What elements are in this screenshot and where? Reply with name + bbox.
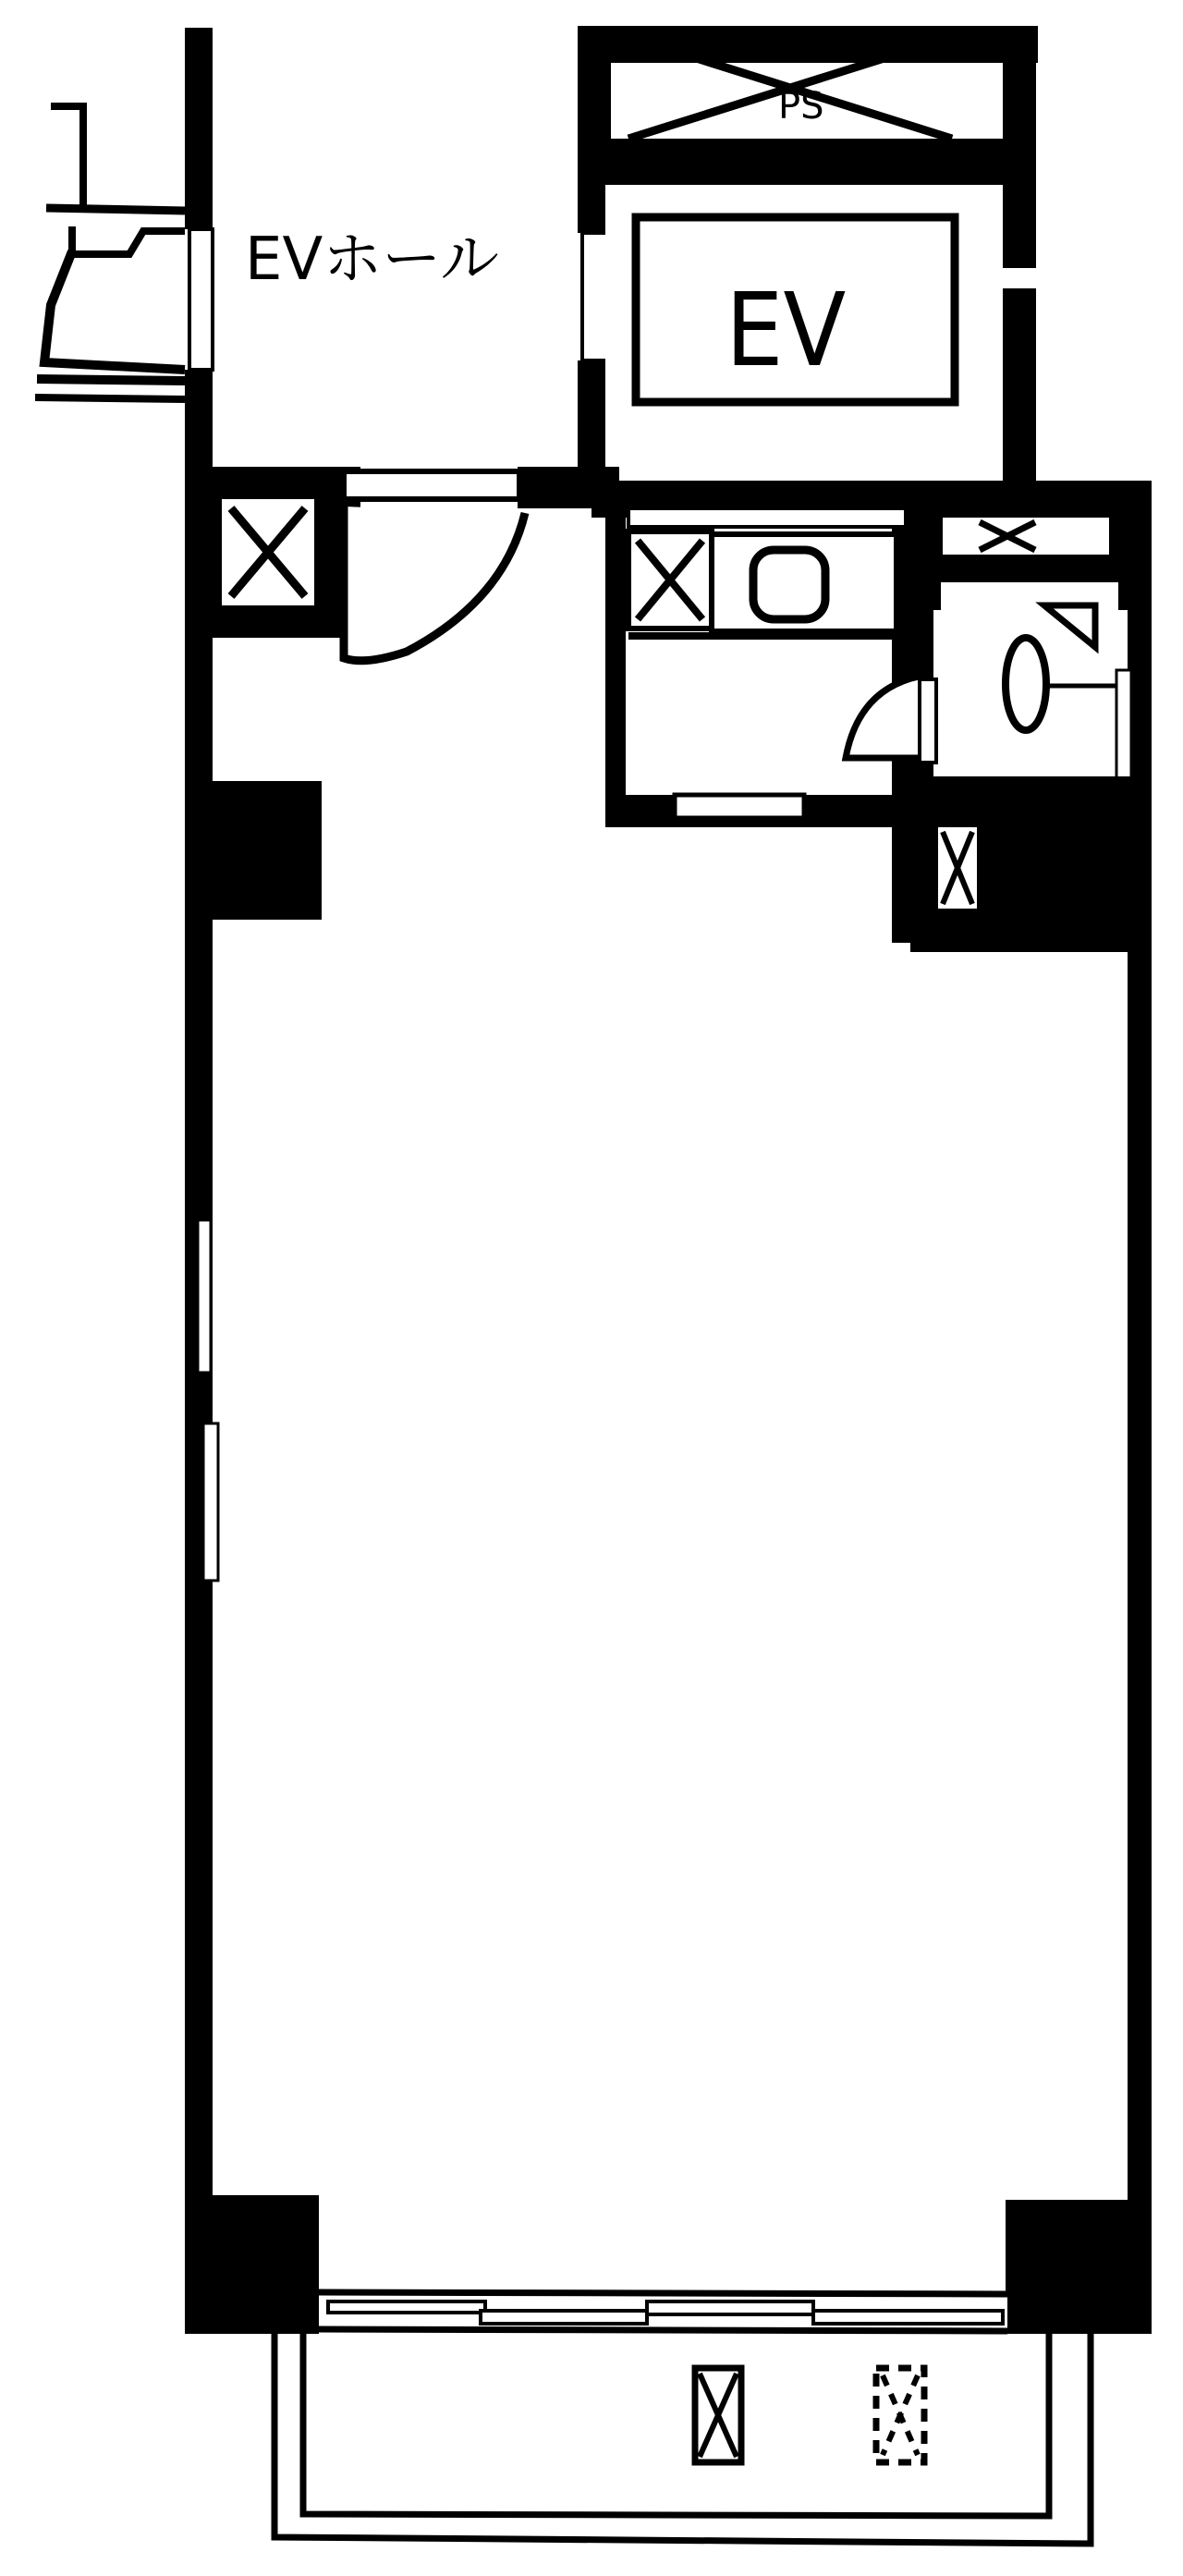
entrance-duct (213, 467, 360, 638)
floor-plan: EVホール PS EV (0, 0, 1183, 2576)
left-column (185, 781, 322, 920)
ev-hall-left-opening (189, 229, 213, 370)
ev-hall-label: EVホール (245, 226, 499, 294)
ev-hall-right-opening (582, 233, 608, 360)
balcony-sash (319, 2292, 1007, 2331)
pipe-shaft-label: PS (778, 85, 824, 128)
elevator: EV (605, 185, 1036, 490)
right-duct-column (910, 804, 1151, 952)
elevator-label: EV (726, 271, 846, 389)
